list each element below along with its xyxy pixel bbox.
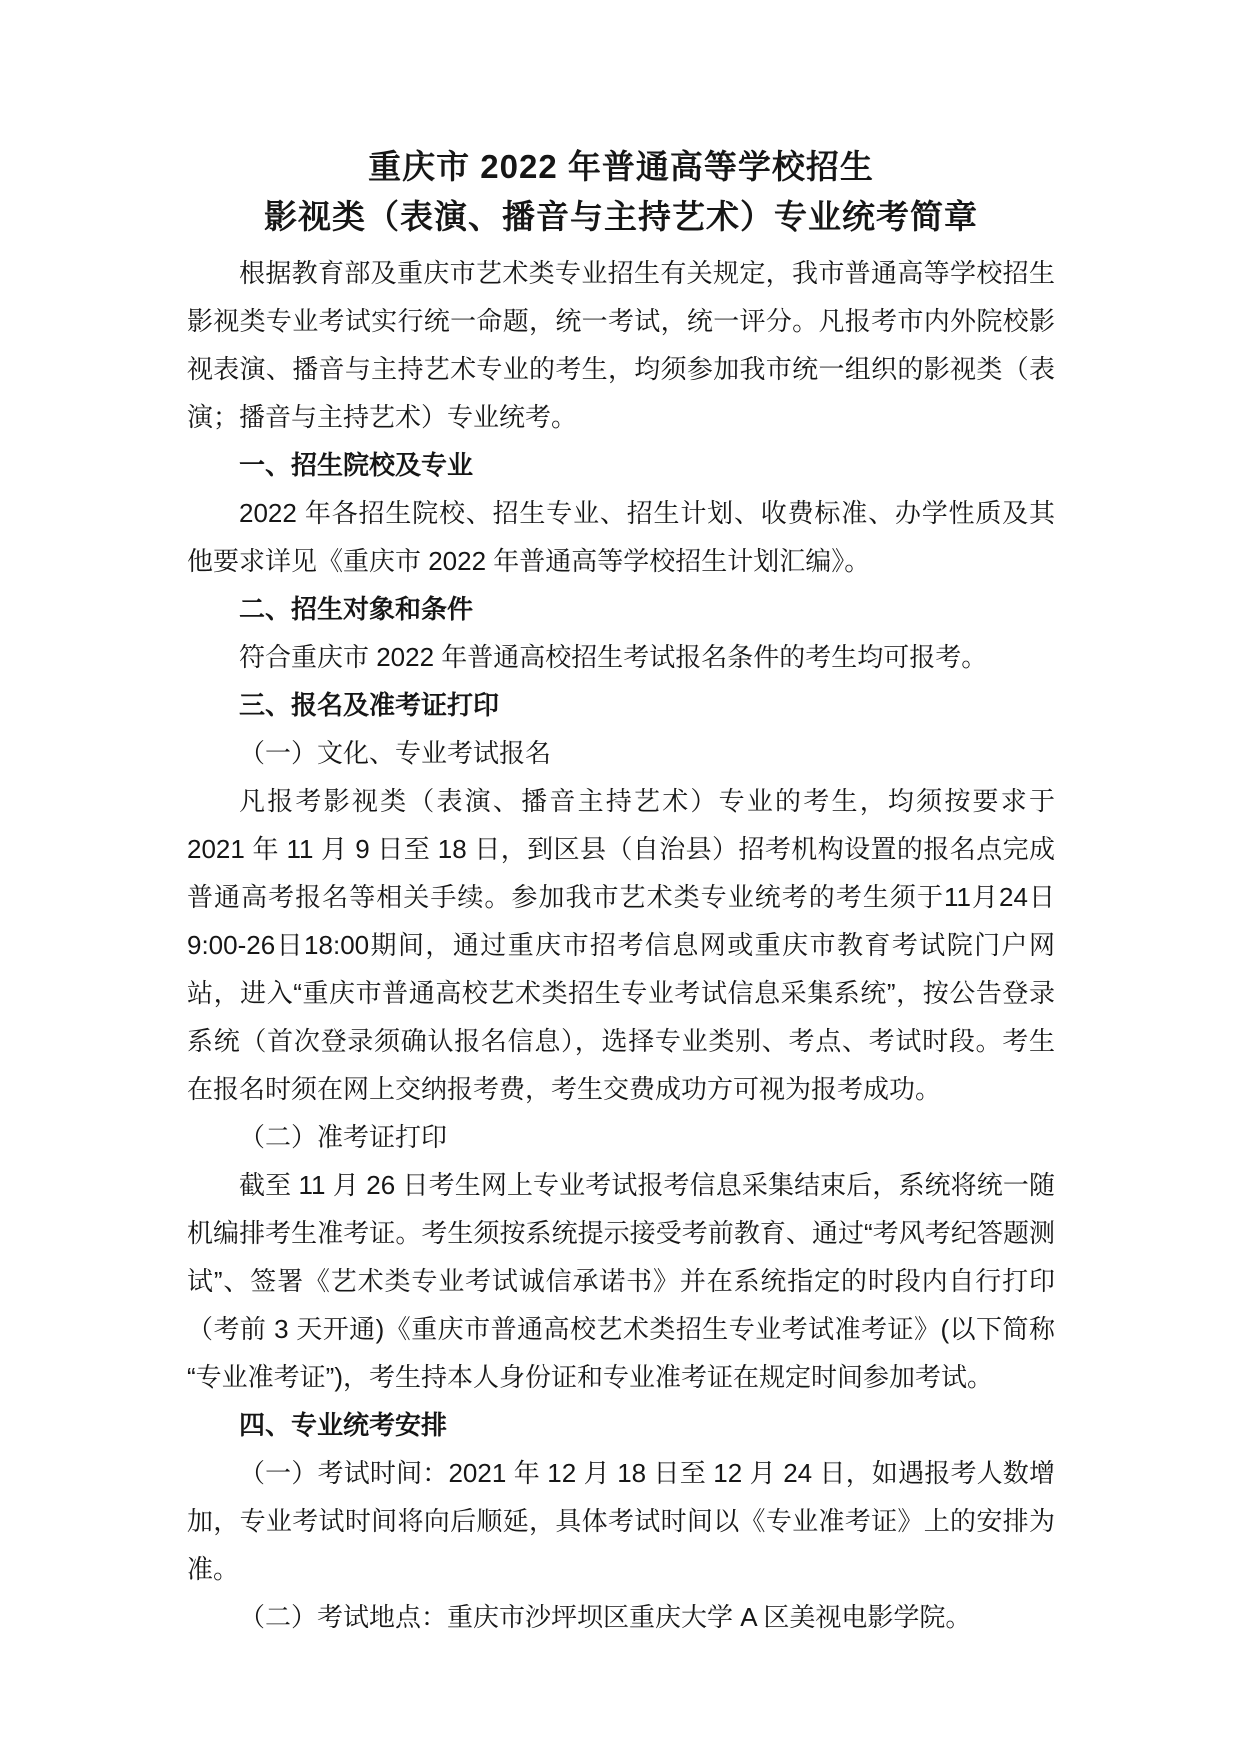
section-1-heading: 一、招生院校及专业 (187, 441, 1055, 489)
document-content: 重庆市 2022 年普通高等学校招生 影视类（表演、播音与主持艺术）专业统考简章… (187, 142, 1055, 1641)
section-3-sub-1-heading: （一）文化、专业考试报名 (187, 729, 1055, 777)
section-4-item-1-paragraph: （一）考试时间：2021 年 12 月 18 日至 12 月 24 日，如遇报考… (187, 1449, 1055, 1593)
section-2-heading: 二、招生对象和条件 (187, 585, 1055, 633)
intro-paragraph: 根据教育部及重庆市艺术类专业招生有关规定，我市普通高等学校招生影视类专业考试实行… (187, 249, 1055, 441)
section-3-sub-2-heading: （二）准考证打印 (187, 1113, 1055, 1161)
section-4-item-2-paragraph: （二）考试地点：重庆市沙坪坝区重庆大学 A 区美视电影学院。 (187, 1593, 1055, 1641)
section-3-heading: 三、报名及准考证打印 (187, 681, 1055, 729)
section-2-paragraph: 符合重庆市 2022 年普通高校招生考试报名条件的考生均可报考。 (187, 633, 1055, 681)
section-3-sub-2-paragraph: 截至 11 月 26 日考生网上专业考试报考信息采集结束后，系统将统一随机编排考… (187, 1161, 1055, 1401)
document-title-line-1: 重庆市 2022 年普通高等学校招生 (187, 142, 1055, 192)
section-4-heading: 四、专业统考安排 (187, 1401, 1055, 1449)
section-1-paragraph: 2022 年各招生院校、招生专业、招生计划、收费标准、办学性质及其他要求详见《重… (187, 489, 1055, 585)
document-title-line-2: 影视类（表演、播音与主持艺术）专业统考简章 (187, 192, 1055, 242)
document-page: 重庆市 2022 年普通高等学校招生 影视类（表演、播音与主持艺术）专业统考简章… (0, 0, 1241, 1754)
document-title: 重庆市 2022 年普通高等学校招生 影视类（表演、播音与主持艺术）专业统考简章 (187, 142, 1055, 242)
section-3-sub-1-paragraph: 凡报考影视类（表演、播音主持艺术）专业的考生，均须按要求于 2021 年 11 … (187, 777, 1055, 1113)
